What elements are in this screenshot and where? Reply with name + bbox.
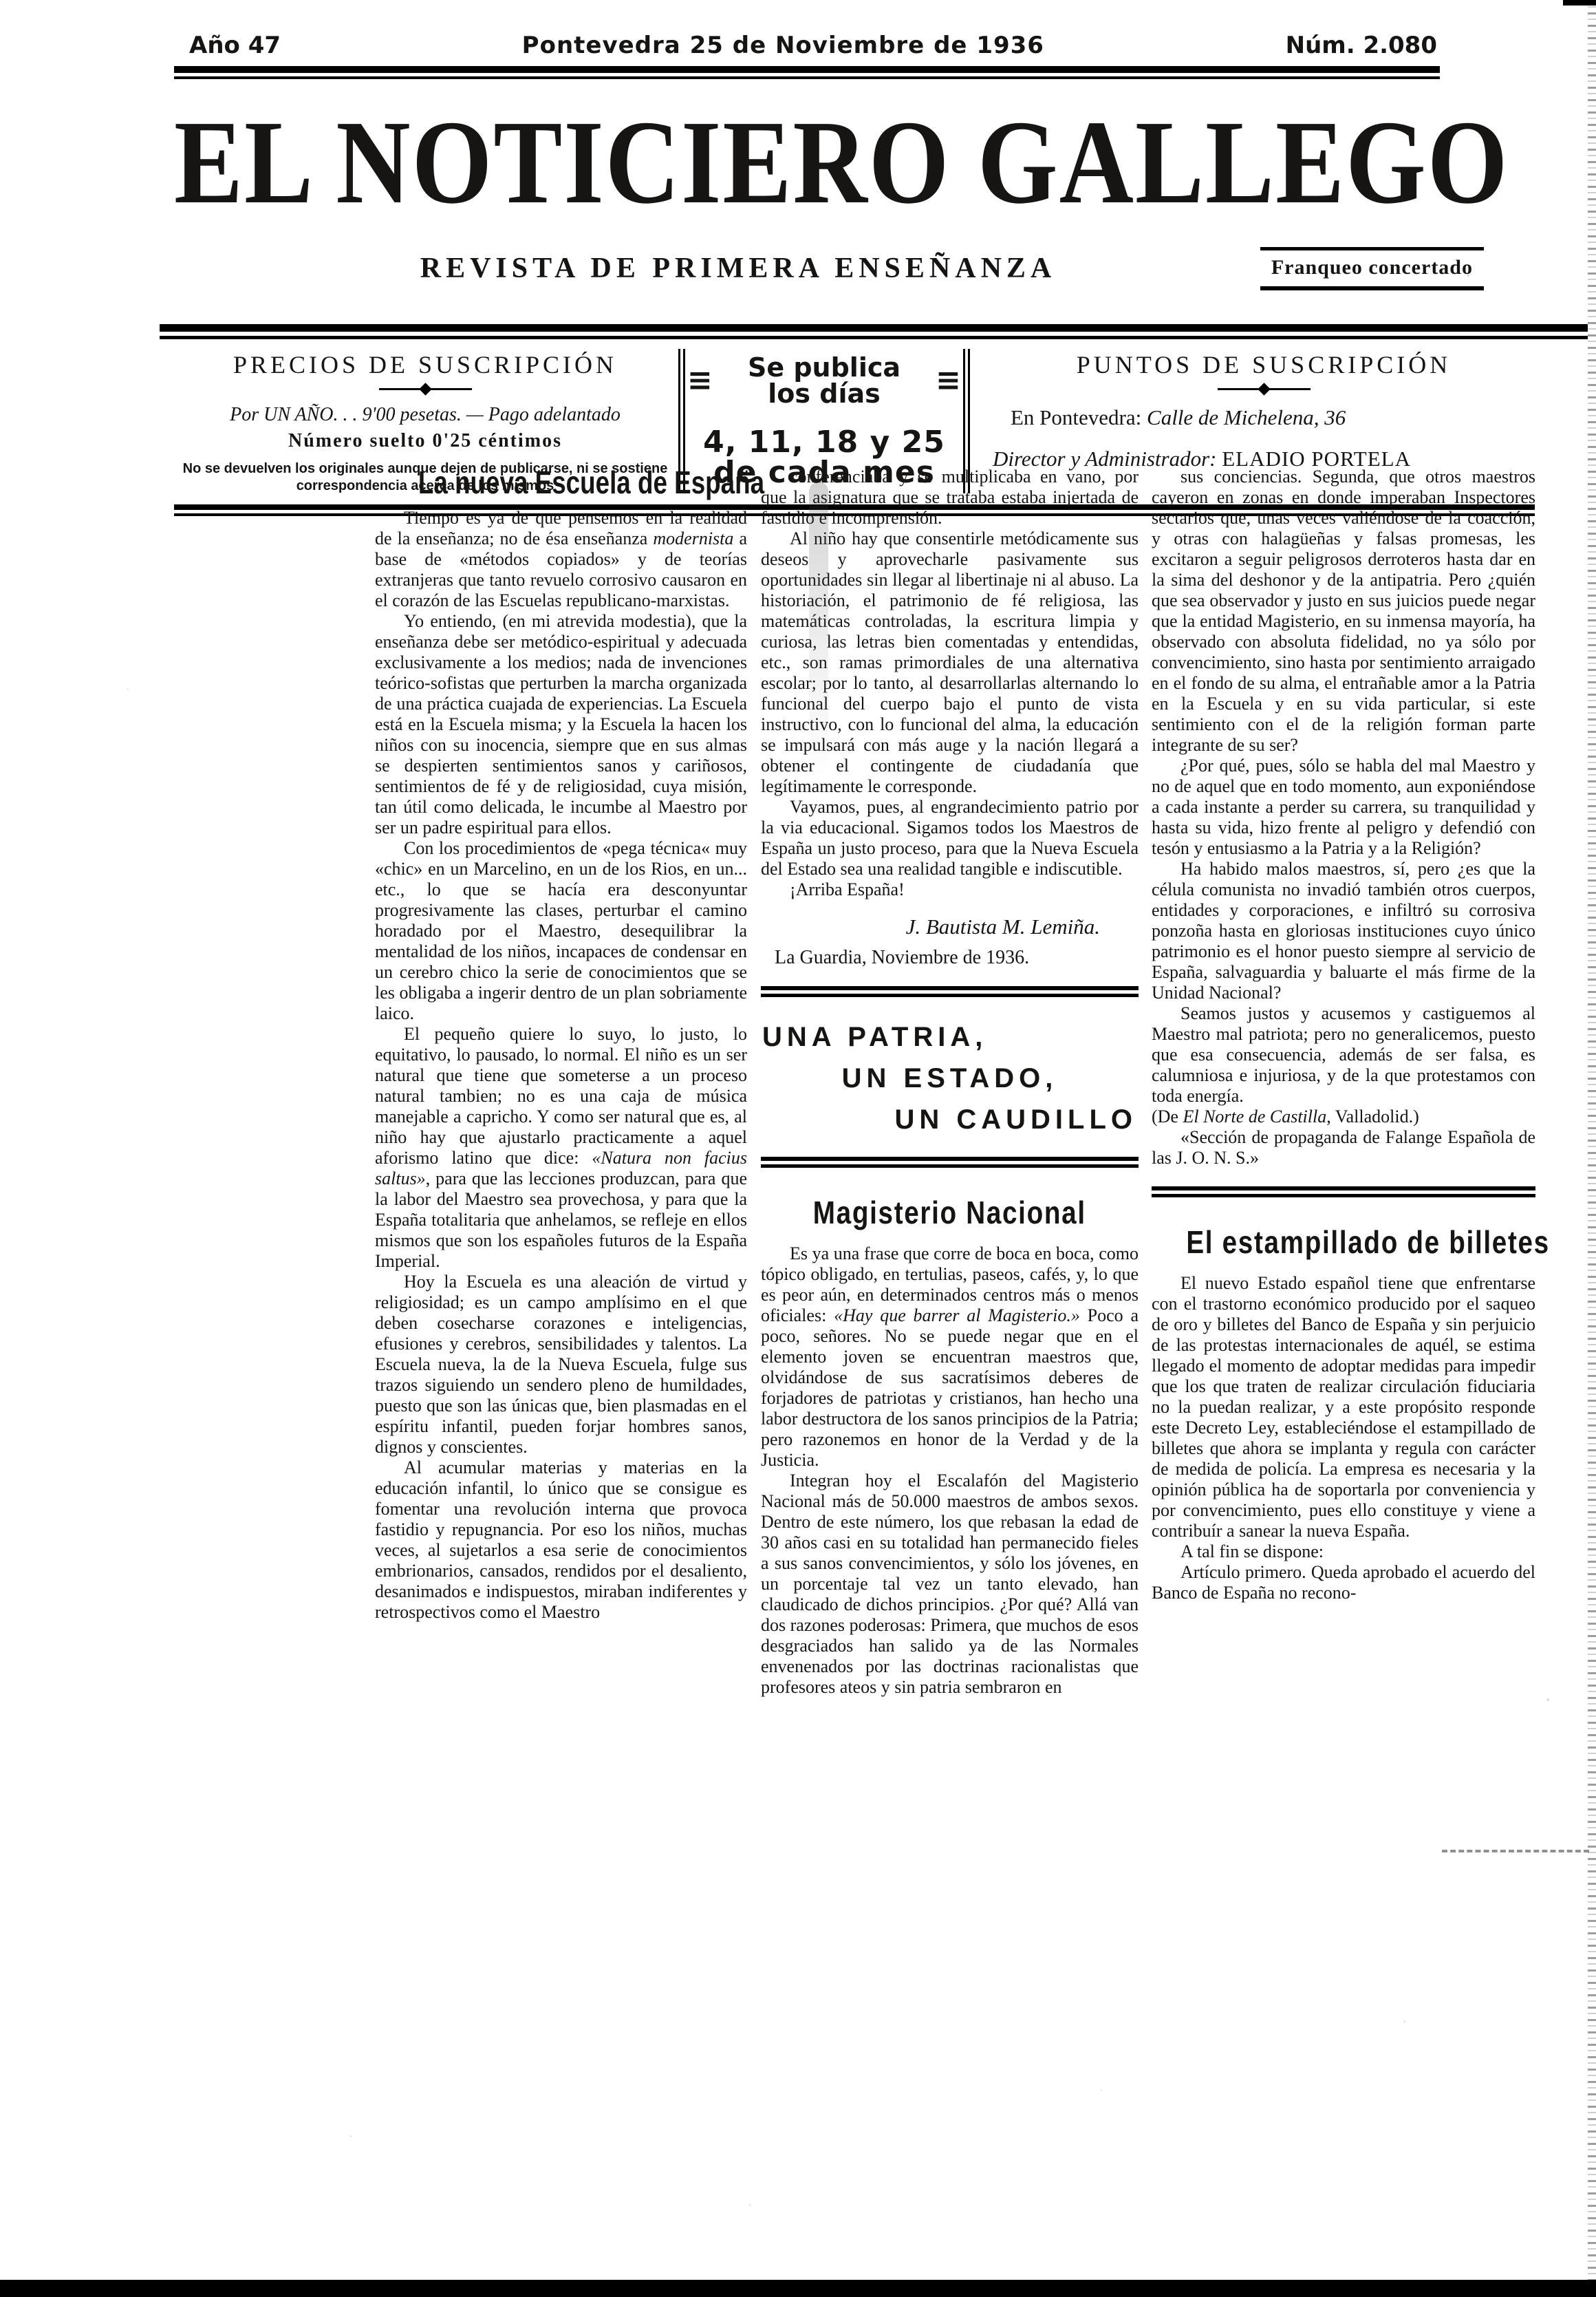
paragraph: Integran hoy el Escalafón del Magisterio…: [761, 1471, 1139, 1698]
scan-edge-noise: [1588, 0, 1596, 2280]
section-title-wrap: Magisterio Nacional: [761, 1179, 1139, 1243]
prices-title: PRECIOS DE SUSCRIPCIÓN: [174, 352, 676, 379]
paragraph: Seamos justos y acusemos y castiguemos a…: [1152, 1003, 1535, 1107]
text-segment: Integran hoy el Escalafón del Magisterio…: [761, 1471, 1139, 1697]
masthead-bottom-rule: [160, 324, 1588, 339]
section-body: El nuevo Estado español tiene que enfren…: [1152, 1273, 1535, 1603]
slogan-line: UN CAUDILLO: [762, 1099, 1137, 1140]
address-label: En Pontevedra:: [1011, 405, 1147, 429]
paragraph: Ha habido malos maestros, sí, pero ¿es q…: [1152, 859, 1535, 1003]
text-segment: , Valladolid.): [1326, 1107, 1419, 1126]
masthead-subrow: REVISTA DE PRIMERA ENSEÑANZA Franqueo co…: [174, 246, 1440, 312]
text-segment: El pequeño quiere lo suyo, lo justo, lo …: [375, 1024, 747, 1168]
paragraph: El pequeño quiere lo suyo, lo justo, lo …: [375, 1024, 747, 1272]
paragraph: ¿Por qué, pues, sólo se habla del mal Ma…: [1152, 756, 1535, 859]
attribution: «Sección de propaganda de Falange Españo…: [1152, 1127, 1535, 1168]
article-dateline: La Guardia, Noviembre de 1936.: [761, 946, 1139, 970]
paragraph: Es ya una frase que corre de boca en boc…: [761, 1243, 1139, 1471]
paragraph: Al acumular materias y materias en la ed…: [375, 1457, 747, 1623]
slogan-line: UN ESTADO,: [762, 1058, 1137, 1099]
masthead-title: EL NOTICIERO GALLEGO: [174, 103, 1440, 222]
text-segment: Vayamos, pues, al engrandecimiento patri…: [761, 797, 1139, 879]
masthead-subtitle: REVISTA DE PRIMERA ENSEÑANZA: [374, 254, 1103, 283]
paragraph: El nuevo Estado español tiene que enfren…: [1152, 1273, 1535, 1541]
scan-bottom-bar: [0, 2280, 1596, 2297]
text-segment: Poco a poco, señores. No se puede negar …: [761, 1305, 1139, 1470]
text-segment: El Norte de Castilla: [1183, 1107, 1326, 1126]
ornament-divider-icon: [993, 385, 1535, 394]
column-divider-rule: [761, 1157, 1139, 1168]
text-segment: Yo entiendo, (en mi atrevida modestia), …: [375, 611, 747, 837]
article-body: Tiempo es ya de que pensemos en la reali…: [375, 508, 747, 1623]
paragraph: Artículo primero. Queda aprobado el acue…: [1152, 1562, 1535, 1603]
price-single-copy-line: Número suelto 0'25 céntimos: [174, 427, 676, 454]
volume-year: Año 47: [174, 32, 281, 59]
section-title: El estampillado de billetes: [1186, 1226, 1550, 1258]
paragraph: Vayamos, pues, al engrandecimiento patri…: [761, 797, 1139, 879]
masthead-header: Año 47 Pontevedra 25 de Noviembre de 193…: [174, 32, 1440, 516]
publication-days-label: Se publica los días: [725, 354, 923, 407]
column-divider-rule: [1152, 1186, 1535, 1197]
text-segment: Seamos justos y acusemos y castiguemos a…: [1152, 1003, 1535, 1106]
scan-smudge-artifact: [809, 482, 828, 778]
points-title: PUNTOS DE SUSCRIPCIÓN: [993, 352, 1535, 379]
attribution: (De El Norte de Castilla, Valladolid.): [1152, 1107, 1535, 1127]
text-segment: Hoy la Escuela es una aleación de virtud…: [375, 1272, 747, 1457]
column-3: sus conciencias. Segunda, que otros maes…: [1152, 467, 1535, 1603]
text-segment: modernista: [653, 528, 733, 548]
slogan-banner: UNA PATRIA, UN ESTADO, UN CAUDILLO: [761, 1008, 1139, 1146]
column-divider-rule: [761, 986, 1139, 997]
franqueo-box: Franqueo concertado: [1260, 247, 1484, 290]
paragraph: ¡Arriba España!: [761, 879, 1139, 900]
scan-corner-mark: [1563, 0, 1596, 6]
paragraph: sus conciencias. Segunda, que otros maes…: [1152, 467, 1535, 756]
section-title: Magisterio Nacional: [813, 1197, 1086, 1228]
text-segment: sus conciencias. Segunda, que otros maes…: [1152, 467, 1535, 755]
section-title-wrap: El estampillado de billetes: [1152, 1208, 1535, 1273]
paragraph: Con los procedimientos de «pega técnica«…: [375, 838, 747, 1024]
text-segment: Al acumular materias y materias en la ed…: [375, 1457, 747, 1622]
text-segment: (De: [1152, 1107, 1183, 1126]
text-segment: Con los procedimientos de «pega técnica«…: [375, 838, 747, 1023]
article-signature: J. Bautista M. Lemiña.: [761, 914, 1100, 939]
ornament-divider-icon: [174, 385, 676, 394]
issue-date: Pontevedra 25 de Noviembre de 1936: [281, 32, 1286, 59]
header-divider-rule: [174, 66, 1440, 79]
text-segment: «Hay que barrer al Magisterio.»: [834, 1305, 1080, 1325]
text-segment: ¡Arriba España!: [790, 879, 905, 899]
text-segment: Artículo primero. Queda aprobado el acue…: [1152, 1562, 1535, 1603]
paragraph: Tiempo es ya de que pensemos en la reali…: [375, 508, 747, 611]
triple-bar-icon: ≡: [936, 365, 961, 396]
text-segment: El nuevo Estado español tiene que enfren…: [1152, 1273, 1535, 1541]
price-year-line: Por UN AÑO. . . 9'00 pesetas. — Pago ade…: [174, 402, 676, 428]
text-segment: , para que las lecciones produzcan, para…: [375, 1168, 747, 1271]
section-body: Es ya una frase que corre de boca en boc…: [761, 1243, 1139, 1698]
article-title-wrap: La nueva Escuela de España: [375, 467, 747, 508]
article-title: La nueva Escuela de España: [418, 467, 764, 498]
paragraph: Yo entiendo, (en mi atrevida modestia), …: [375, 611, 747, 838]
article-body: sus conciencias. Segunda, que otros maes…: [1152, 467, 1535, 1107]
issue-info-line: Año 47 Pontevedra 25 de Noviembre de 193…: [174, 32, 1440, 59]
column-1: La nueva Escuela de España Tiempo es ya …: [375, 467, 747, 1623]
text-segment: ¿Por qué, pues, sólo se habla del mal Ma…: [1152, 756, 1535, 858]
issue-number: Núm. 2.080: [1286, 32, 1440, 59]
paragraph: A tal fin se dispone:: [1152, 1541, 1535, 1562]
publication-days-label-row: ≡ Se publica los días ≡: [687, 354, 961, 407]
triple-bar-icon: ≡: [687, 365, 713, 396]
newspaper-page: Año 47 Pontevedra 25 de Noviembre de 193…: [0, 0, 1596, 2297]
text-segment: «Sección de propaganda de Falange Españo…: [1152, 1127, 1535, 1168]
paragraph: Hoy la Escuela es una aleación de virtud…: [375, 1272, 747, 1457]
text-segment: Ha habido malos maestros, sí, pero ¿es q…: [1152, 859, 1535, 1003]
scan-dash-artifact: [1442, 1850, 1589, 1852]
slogan-line: UNA PATRIA,: [762, 1016, 1137, 1058]
address-value: Calle de Michelena, 36: [1147, 405, 1346, 429]
address-line: En Pontevedra: Calle de Michelena, 36: [993, 402, 1535, 434]
text-segment: A tal fin se dispone:: [1180, 1541, 1324, 1561]
